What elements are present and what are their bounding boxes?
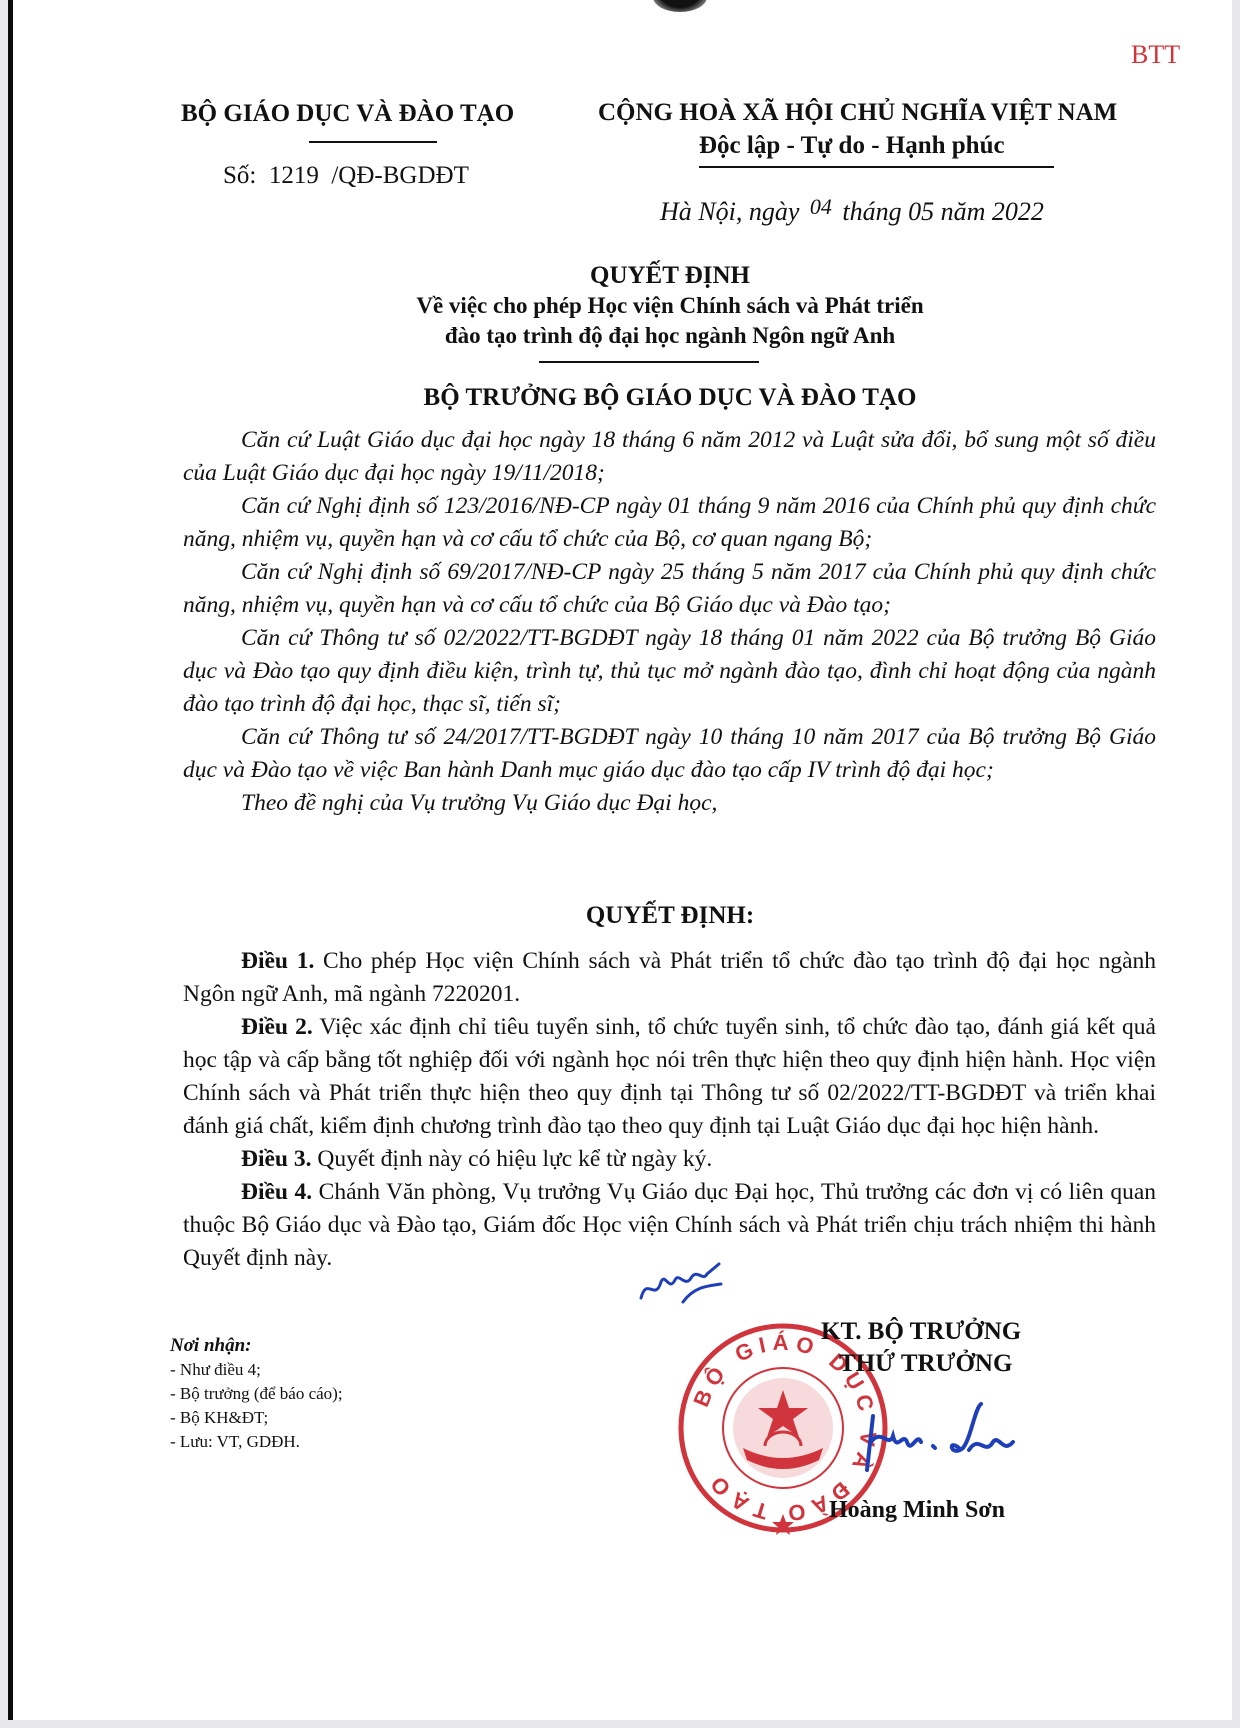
issuing-ministry: BỘ GIÁO DỤC VÀ ĐÀO TẠO [181, 100, 514, 128]
document-code: /QĐ-BGDĐT [331, 162, 469, 189]
preamble: Căn cứ Luật Giáo dục đại học ngày 18 thá… [183, 424, 1156, 820]
preamble-clause: Căn cứ Luật Giáo dục đại học ngày 18 thá… [183, 424, 1156, 490]
signer-position: THỨ TRƯỞNG [839, 1350, 1012, 1378]
document-page: BTT BỘ GIÁO DỤC VÀ ĐÀO TẠO Số: 1219 /QĐ-… [8, 0, 1232, 1720]
recipient-item: - Lưu: VT, GDĐH. [170, 1430, 343, 1454]
recipient-item: - Bộ KH&ĐT; [170, 1406, 343, 1430]
preamble-clause: Căn cứ Thông tư số 24/2017/TT-BGDĐT ngày… [183, 721, 1156, 787]
decision-heading: QUYẾT ĐỊNH: [183, 902, 1157, 930]
article-1: Điều 1. Cho phép Học viện Chính sách và … [183, 945, 1156, 1011]
recipient-item: - Như điều 4; [170, 1358, 343, 1382]
preamble-clause: Căn cứ Nghị định số 69/2017/NĐ-CP ngày 2… [183, 556, 1156, 622]
staple-mark [653, 0, 707, 12]
date-month: 05 [908, 197, 934, 226]
preamble-clause: Theo đề nghị của Vụ trưởng Vụ Giáo dục Đ… [183, 787, 1156, 820]
issue-date: Hà Nội, ngày 04 tháng 05 năm 2022 [660, 194, 1044, 227]
recipient-item: - Bộ trưởng (để báo cáo); [170, 1382, 343, 1406]
decision-title: QUYẾT ĐỊNH [183, 262, 1157, 290]
country-name: CỘNG HOÀ XÃ HỘI CHỦ NGHĨA VIỆT NAM [598, 99, 1117, 127]
issuing-authority: BỘ TRƯỞNG BỘ GIÁO DỤC VÀ ĐÀO TẠO [183, 384, 1157, 412]
handwritten-signature [863, 1398, 1023, 1478]
decision-subject-line-2: đào tạo trình độ đại học ngành Ngôn ngữ … [183, 323, 1157, 349]
preamble-clause: Căn cứ Thông tư số 02/2022/TT-BGDĐT ngày… [183, 622, 1156, 721]
signer-name: Hoàng Minh Sơn [829, 1497, 1005, 1524]
recipients-list: Nơi nhận: - Như điều 4; - Bộ trưởng (để … [170, 1334, 343, 1454]
document-number-value: 1219 [269, 162, 319, 189]
document-number: Số: 1219 /QĐ-BGDĐT [223, 162, 469, 190]
ministry-underline [309, 141, 437, 143]
date-day: 04 [806, 194, 836, 219]
subject-underline [539, 361, 759, 363]
preamble-clause: Căn cứ Nghị định số 123/2016/NĐ-CP ngày … [183, 490, 1156, 556]
article-3: Điều 3. Quyết định này có hiệu lực kể từ… [183, 1143, 1156, 1176]
corner-mark: BTT [1131, 40, 1180, 70]
signature-on-behalf: KT. BỘ TRƯỞNG [821, 1318, 1021, 1346]
initial-signature [633, 1258, 733, 1308]
recipients-title: Nơi nhận: [170, 1334, 343, 1358]
national-motto: Độc lập - Tự do - Hạnh phúc [699, 132, 1005, 160]
article-2: Điều 2. Việc xác định chỉ tiêu tuyển sin… [183, 1011, 1156, 1143]
decision-subject-line-1: Về việc cho phép Học viện Chính sách và … [183, 293, 1157, 319]
articles: Điều 1. Cho phép Học viện Chính sách và … [183, 945, 1156, 1275]
motto-underline [699, 166, 1054, 168]
